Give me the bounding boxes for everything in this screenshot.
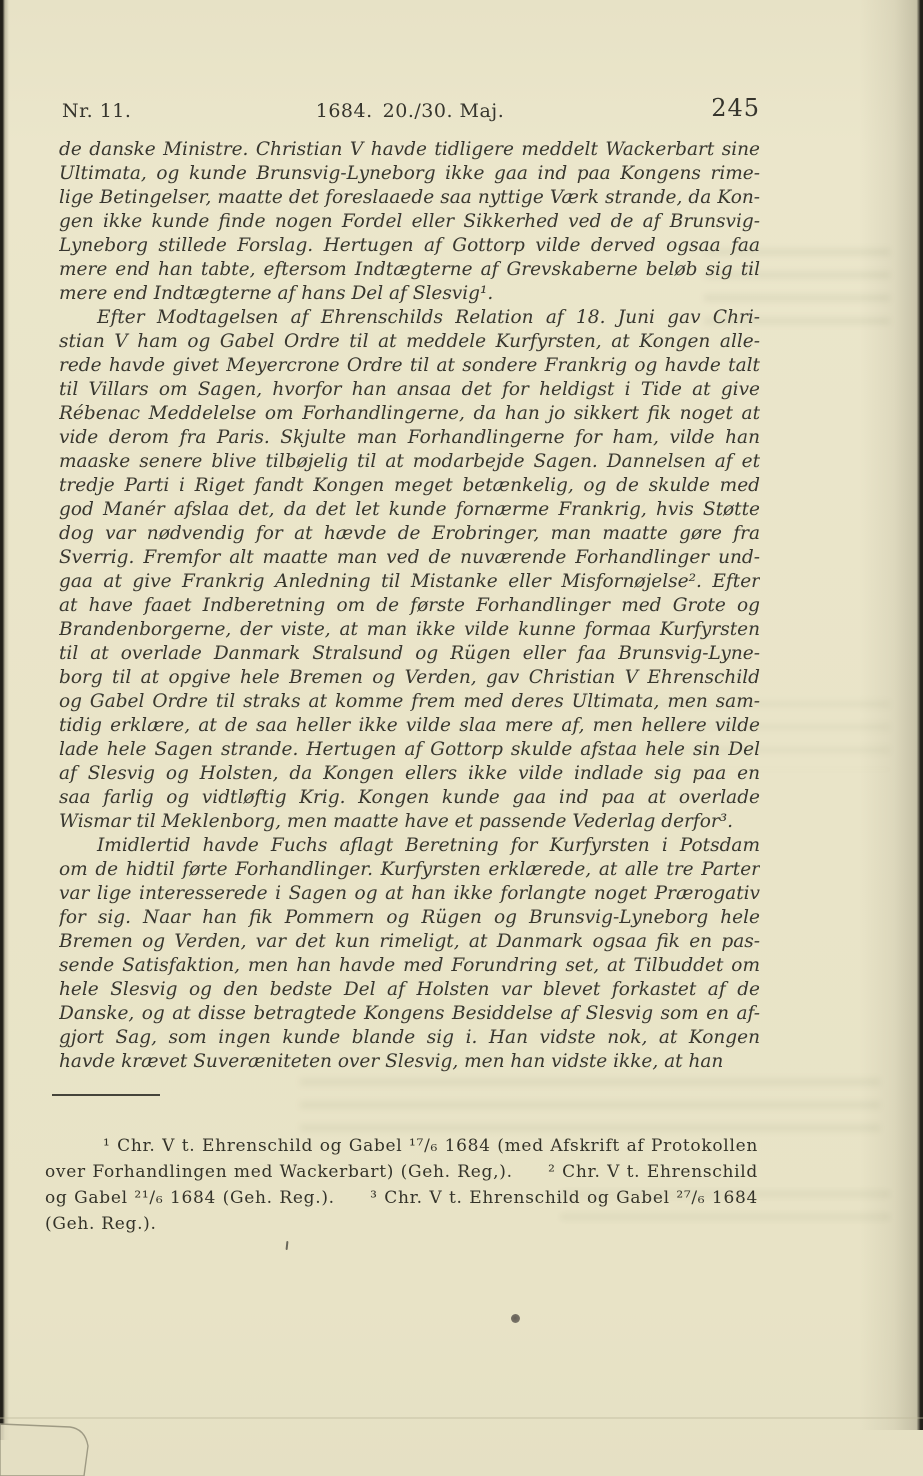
page-number: 245 [711, 94, 760, 122]
body-line: sende Satisfaktion, men han havde med Fo… [59, 954, 760, 978]
body-line: af Slesvig og Holsten, da Kongen ellers … [59, 762, 760, 786]
body-line: lade hele Sagen strande. Hertugen af Got… [59, 738, 760, 762]
footnote-line: (Geh. Reg.). [45, 1211, 758, 1237]
running-header: Nr. 11. 1684. 20./30. Maj. 245 [60, 96, 760, 126]
footnote-line: ¹ Chr. V t. Ehrenschild og Gabel ¹⁷/₆ 16… [45, 1133, 758, 1159]
body-line: Rébenac Meddelelse om Forhandlingerne, d… [59, 402, 760, 426]
body-line: god Manér afslaa det, da det let kunde f… [59, 498, 760, 522]
scan-edge-left [0, 0, 9, 1440]
body-line: om de hidtil førte Forhandlinger. Kurfyr… [59, 858, 760, 882]
body-line: og Gabel Ordre til straks at komme frem … [59, 690, 760, 714]
body-line: til at overlade Danmark Stralsund og Rüg… [59, 642, 760, 666]
body-line: vide derom fra Paris. Skjulte man Forhan… [59, 426, 760, 450]
header-date: 1684. 20./30. Maj. [60, 100, 760, 122]
body-line: mere end Indtægterne af hans Del af Sles… [59, 282, 760, 306]
footnotes: ¹ Chr. V t. Ehrenschild og Gabel ¹⁷/₆ 16… [45, 1133, 758, 1237]
body-line: stian V ham og Gabel Ordre til at meddel… [59, 330, 760, 354]
body-line: havde krævet Suveræniteten over Slesvig,… [59, 1050, 760, 1074]
body-line: Brandenborgerne, der viste, at man ikke … [59, 618, 760, 642]
bleed-through-smudge [300, 1078, 880, 1132]
footnote-line: over Forhandlingen med Wackerbart) (Geh.… [45, 1159, 758, 1185]
body-line: mere end han tabte, eftersom Indtægterne… [59, 258, 760, 282]
bottom-crease [0, 1417, 923, 1419]
ink-dot [511, 1314, 520, 1323]
body-line: til Villars om Sagen, hvorfor han ansaa … [59, 378, 760, 402]
body-line: saa farlig og vidtløftig Krig. Kongen ku… [59, 786, 760, 810]
body-line: gaa at give Frankrig Anledning til Mista… [59, 570, 760, 594]
body-line: Bremen og Verden, var det kun rimeligt, … [59, 930, 760, 954]
body-line: gen ikke kunde finde nogen Fordel eller … [59, 210, 760, 234]
body-line: tidig erklære, at de saa heller ikke vil… [59, 714, 760, 738]
body-line: Lyneborg stillede Forslag. Hertugen af G… [59, 234, 760, 258]
body-line: Danske, og at disse betragtede Kongens B… [59, 1002, 760, 1026]
body-line: de danske Ministre. Christian V havde ti… [59, 138, 760, 162]
body-line: maaske senere blive tilbøjelig til at mo… [59, 450, 760, 474]
body-line: var lige interesserede i Sagen og at han… [59, 882, 760, 906]
body-line: lige Betingelser, maatte det foreslaaede… [59, 186, 760, 210]
body-line: gjort Sag, som ingen kunde blande sig i.… [59, 1026, 760, 1050]
body-line: Efter Modtagelsen af Ehrenschilds Relati… [59, 306, 760, 330]
body-line: Sverrig. Fremfor alt maatte man ved de n… [59, 546, 760, 570]
footnote-rule [52, 1094, 160, 1096]
body-line: Ultimata, og kunde Brunsvig-Lyneborg ikk… [59, 162, 760, 186]
body-line: borg til at opgive hele Bremen og Verden… [59, 666, 760, 690]
footnote-line: og Gabel ²¹/₆ 1684 (Geh. Reg.). ³ Chr. V… [45, 1185, 758, 1211]
body-line: dog var nødvendig for at hævde de Erobri… [59, 522, 760, 546]
body-line: hele Slesvig og den bedste Del af Holste… [59, 978, 760, 1002]
body-line: Wismar til Meklenborg, men maatte have e… [59, 810, 760, 834]
body-line: tredje Parti i Riget fandt Kongen meget … [59, 474, 760, 498]
page-corner-fold [0, 1414, 110, 1476]
body-line: at have faaet Indberetning om de første … [59, 594, 760, 618]
body-line: rede havde givet Meyercrone Ordre til at… [59, 354, 760, 378]
stray-ink-tick [286, 1241, 289, 1250]
body-text: de danske Ministre. Christian V havde ti… [59, 138, 760, 1074]
body-line: Imidlertid havde Fuchs aflagt Beretning … [59, 834, 760, 858]
book-page: Nr. 11. 1684. 20./30. Maj. 245 de danske… [0, 0, 923, 1476]
body-line: for sig. Naar han fik Pommern og Rügen o… [59, 906, 760, 930]
